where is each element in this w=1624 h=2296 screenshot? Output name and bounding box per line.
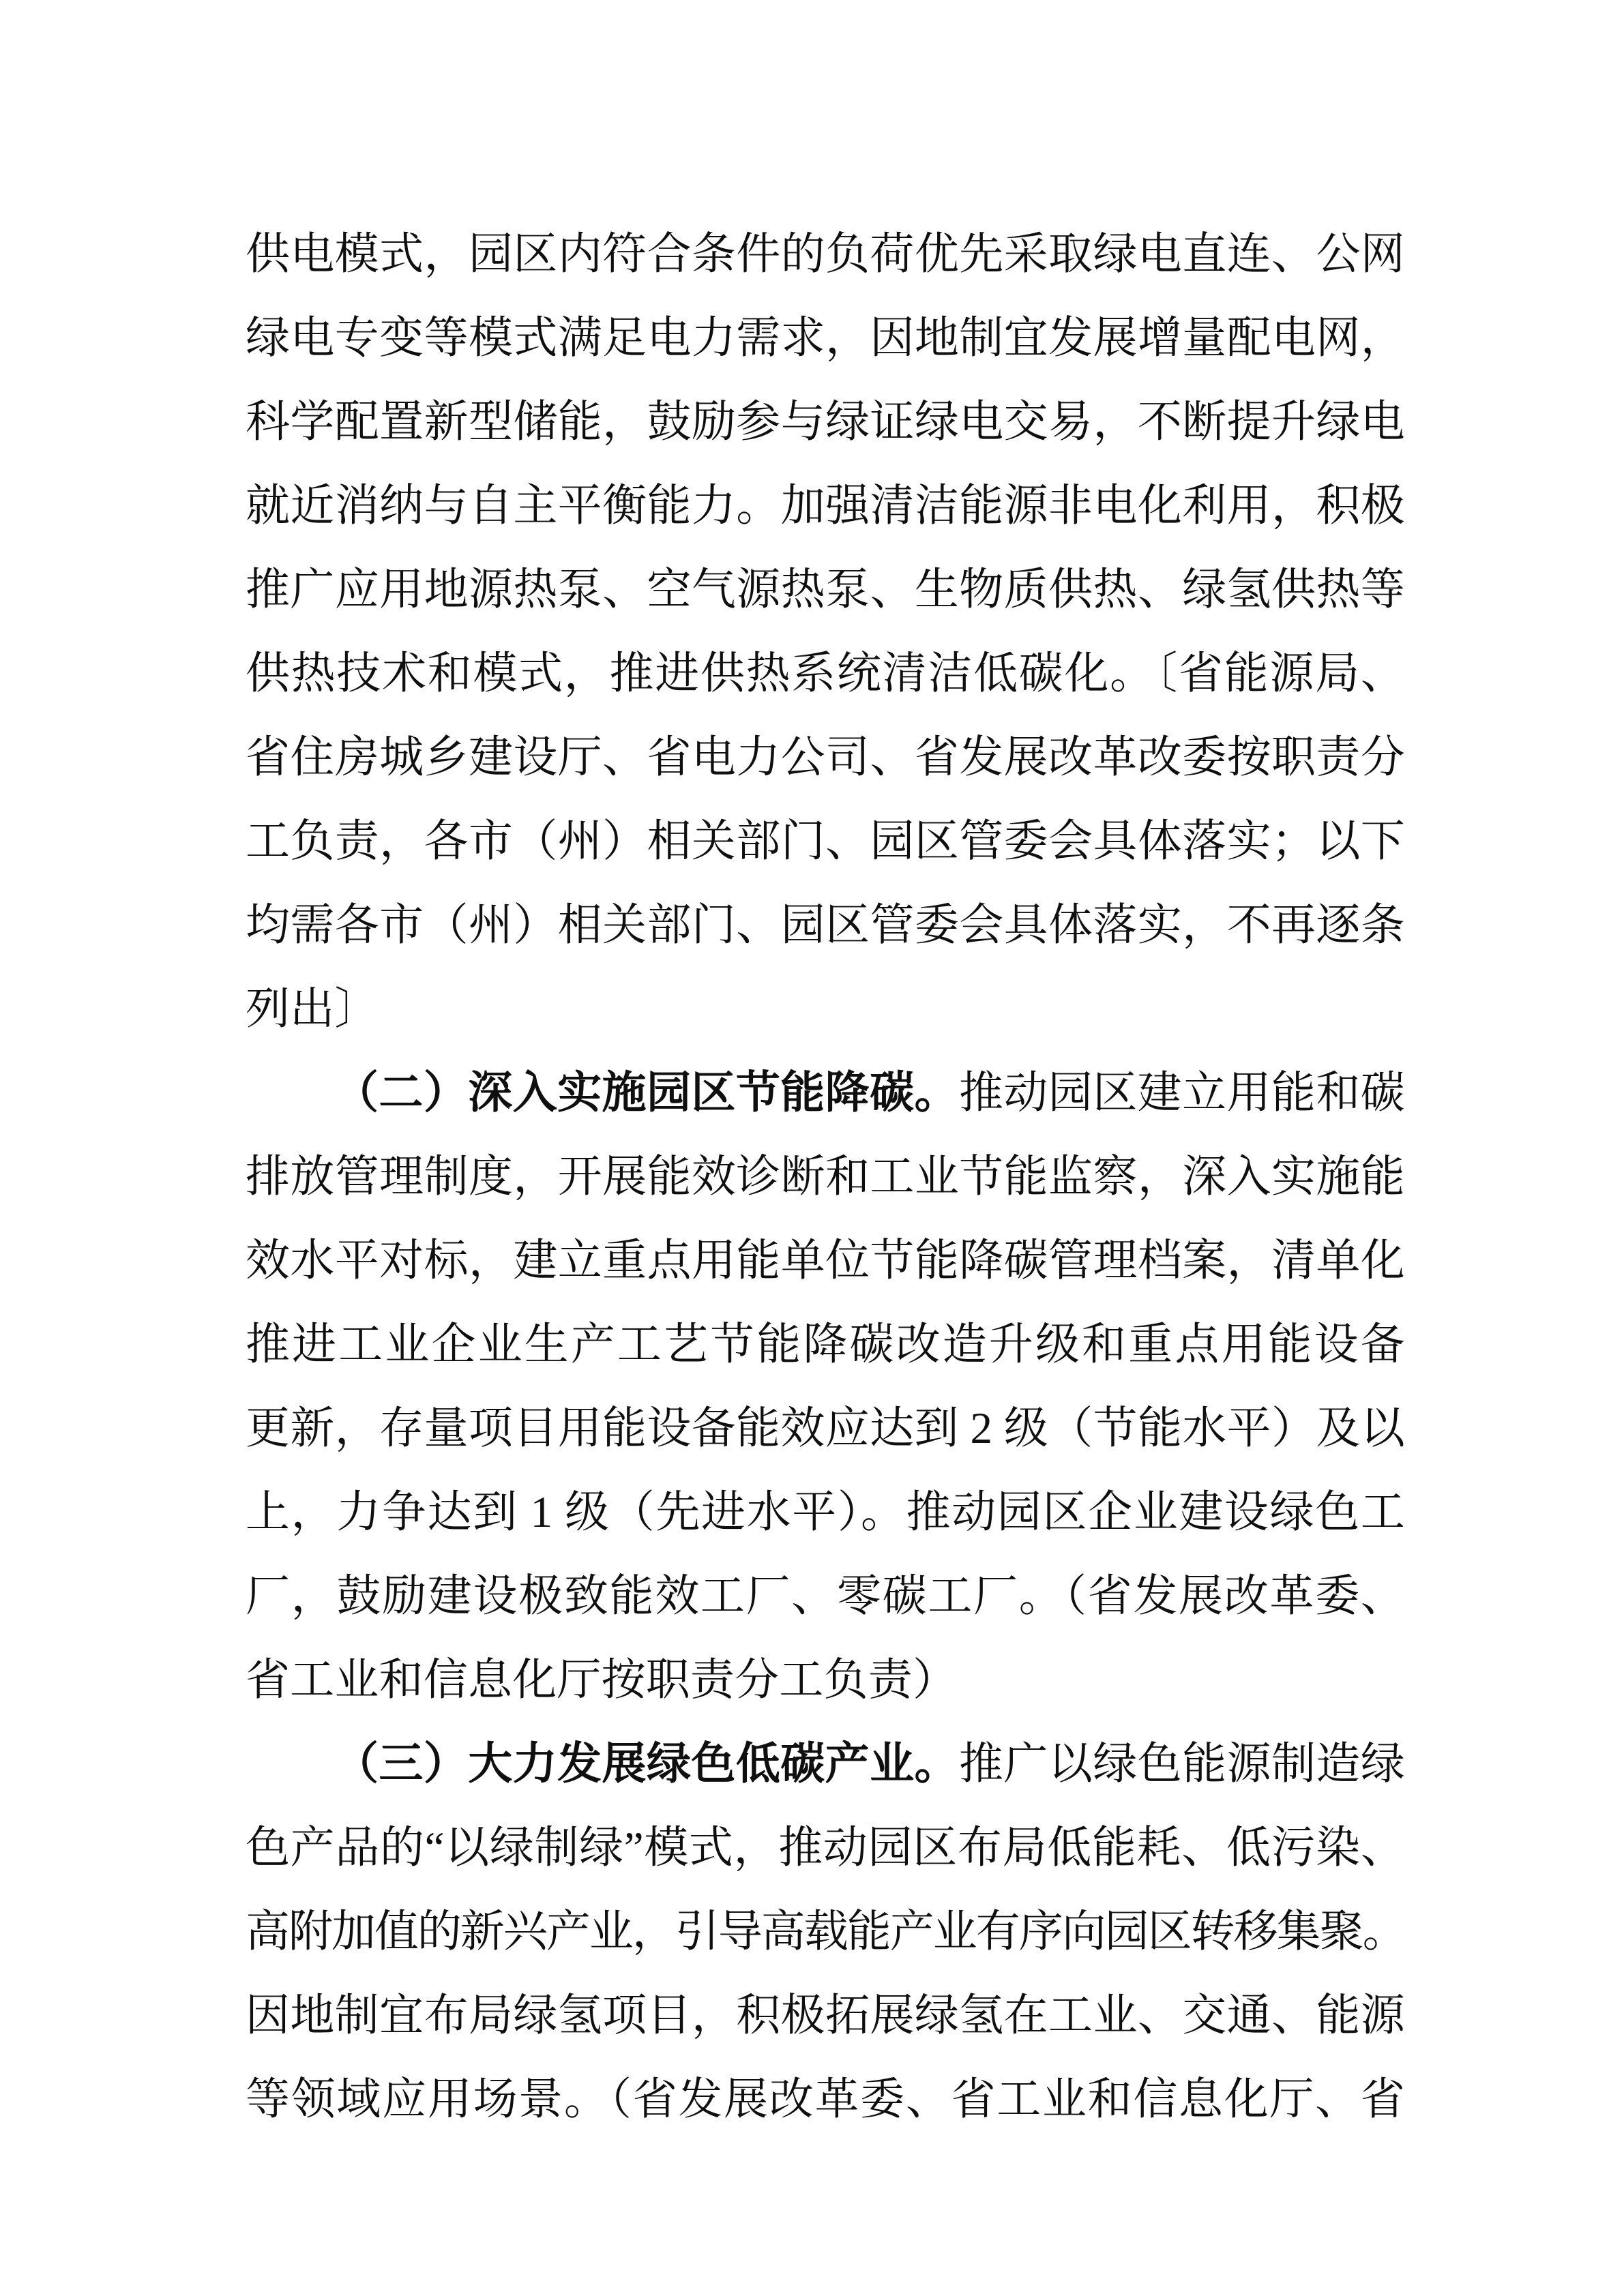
- text-line: 色产品的“以绿制绿”模式，推动园区布局低能耗、低污染、: [246, 1806, 1405, 1890]
- text-line: 省住房城乡建设厅、省电力公司、省发展改革改委按职责分: [246, 716, 1405, 800]
- text-line: 供热技术和模式，推进供热系统清洁低碳化。〔省能源局、: [246, 632, 1405, 716]
- text-line: 更新，存量项目用能设备能效应达到 2 级（节能水平）及以: [246, 1387, 1405, 1471]
- text-line: 均需各市（州）相关部门、园区管委会具体落实，不再逐条: [246, 884, 1405, 968]
- text-line: 厂，鼓励建设极致能效工厂、零碳工厂。（省发展改革委、: [246, 1555, 1405, 1639]
- section-heading: （三）大力发展绿色低碳产业。: [334, 1740, 959, 1789]
- body-run: 推广以绿色能源制造绿: [959, 1740, 1405, 1789]
- text-line: 工负责，各市（州）相关部门、园区管委会具体落实；以下: [246, 800, 1405, 884]
- text-line: （二）深入实施园区节能降碳。推动园区建立用能和碳: [246, 1052, 1405, 1135]
- section-heading: （二）深入实施园区节能降碳。: [334, 1069, 959, 1118]
- text-block: 供电模式，园区内符合条件的负荷优先采取绿电直连、公网 绿电专变等模式满足电力需求…: [246, 213, 1405, 2142]
- text-line: 就近消纳与自主平衡能力。加强清洁能源非电化利用，积极: [246, 464, 1405, 548]
- text-line: 省工业和信息化厅按职责分工负责）: [246, 1639, 1405, 1723]
- text-line: 上，力争达到 1 级（先进水平）。推动园区企业建设绿色工: [246, 1471, 1405, 1555]
- text-line: 效水平对标，建立重点用能单位节能降碳管理档案，清单化: [246, 1219, 1405, 1303]
- text-line: 高附加值的新兴产业，引导高载能产业有序向园区转移集聚。: [246, 1890, 1405, 1974]
- text-line: （三）大力发展绿色低碳产业。推广以绿色能源制造绿: [246, 1723, 1405, 1806]
- text-line: 因地制宜布局绿氢项目，积极拓展绿氢在工业、交通、能源: [246, 1974, 1405, 2058]
- text-line: 绿电专变等模式满足电力需求，因地制宜发展增量配电网，: [246, 297, 1405, 381]
- text-line: 等领域应用场景。（省发展改革委、省工业和信息化厅、省: [246, 2058, 1405, 2142]
- text-line: 推进工业企业生产工艺节能降碳改造升级和重点用能设备: [246, 1303, 1405, 1387]
- document-page: 供电模式，园区内符合条件的负荷优先采取绿电直连、公网 绿电专变等模式满足电力需求…: [0, 0, 1624, 2296]
- text-line: 排放管理制度，开展能效诊断和工业节能监察，深入实施能: [246, 1135, 1405, 1219]
- text-line: 列出〕: [246, 968, 1405, 1052]
- text-line: 推广应用地源热泵、空气源热泵、生物质供热、绿氢供热等: [246, 548, 1405, 632]
- body-run: 推动园区建立用能和碳: [959, 1069, 1405, 1118]
- text-line: 供电模式，园区内符合条件的负荷优先采取绿电直连、公网: [246, 213, 1405, 297]
- text-line: 科学配置新型储能，鼓励参与绿证绿电交易，不断提升绿电: [246, 381, 1405, 464]
